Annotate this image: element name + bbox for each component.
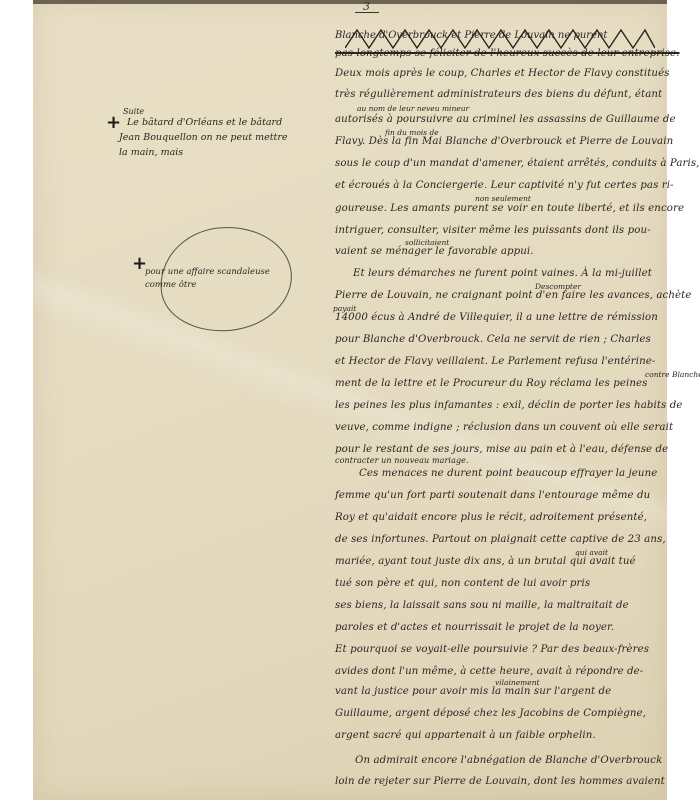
manuscript-line: pour Blanche d'Overbrouck. Cela ne servi… [335, 334, 695, 345]
manuscript-line: et écroués à la Conciergerie. Leur capti… [335, 180, 695, 191]
manuscript-line: Et pourquoi se voyait-elle poursuivie ? … [335, 644, 695, 655]
manuscript-line: et Hector de Flavy veillaient. Le Parlem… [335, 356, 695, 367]
manuscript-line: Roy et qu'aidait encore plus le récit, a… [335, 512, 695, 523]
manuscript-line: pour le restant de ses jours, mise au pa… [335, 444, 695, 455]
margin-note-2: pour une affaire scandaleuse comme ôtre [145, 266, 270, 292]
manuscript-line: vaient se ménager le favorable appui. [335, 246, 695, 257]
interlinear-insertion: au nom de leur neveu mineur [357, 104, 469, 113]
zigzag-strikethrough-icon [345, 28, 655, 50]
manuscript-line: mariée, ayant tout juste dix ans, à un b… [335, 556, 695, 567]
manuscript-line: paroles et d'actes et nourrissait le pro… [335, 622, 695, 633]
manuscript-line: Flavy. Dès la fin Mai Blanche d'Overbrou… [335, 136, 695, 147]
manuscript-line: Et leurs démarches ne furent point vaine… [353, 268, 700, 279]
manuscript-line: intriguer, consulter, visiter même les p… [335, 225, 695, 236]
manuscript-line: très régulièrement administrateurs des b… [335, 89, 695, 100]
manuscript-line: argent sacré qui appartenait à un faible… [335, 730, 695, 741]
manuscript-line: tué son père et qui, non content de lui … [335, 578, 695, 589]
manuscript-line: loin de rejeter sur Pierre de Louvain, d… [335, 776, 695, 787]
page-number-underline [355, 12, 379, 13]
manuscript-line: autorisés à poursuivre au criminel les a… [335, 114, 695, 125]
manuscript-line: On admirait encore l'abnégation de Blanc… [355, 755, 700, 766]
manuscript-line: Deux mois après le coup, Charles et Hect… [335, 68, 695, 79]
interlinear-insertion: non seulement [475, 194, 531, 203]
manuscript-line: goureuse. Les amants purent se voir en t… [335, 203, 695, 214]
manuscript-page: 3 + Suite Le bâtard d'Orléans et le bâta… [33, 0, 667, 800]
manuscript-line: de ses infortunes. Partout on plaignait … [335, 534, 695, 545]
manuscript-line: sous le coup d'un mandat d'amener, étaie… [335, 158, 695, 169]
manuscript-line: Ces menaces ne durent point beaucoup eff… [359, 468, 700, 479]
manuscript-line: avides dont l'un même, à cette heure, av… [335, 666, 695, 677]
manuscript-line: ses biens, la laissait sans sou ni maill… [335, 600, 695, 611]
manuscript-line: ment de la lettre et le Procureur du Roy… [335, 378, 695, 389]
manuscript-line: 14000 écus à André de Villequier, il a u… [335, 312, 695, 323]
manuscript-line: Guillaume, argent déposé chez les Jacobi… [335, 708, 695, 719]
manuscript-line: vant la justice pour avoir mis la main s… [335, 686, 695, 697]
manuscript-line: contracter un nouveau mariage. [335, 456, 695, 465]
manuscript-line: pas longtemps se féliciter de l'heureux … [335, 48, 695, 59]
margin-note-1: Suite Le bâtard d'Orléans et le bâtard J… [119, 104, 288, 160]
manuscript-line: Pierre de Louvain, ne craignant point d'… [335, 290, 695, 301]
manuscript-line: les peines les plus infamantes : exil, d… [335, 400, 695, 411]
manuscript-line: femme qu'un fort parti soutenait dans l'… [335, 490, 695, 501]
manuscript-line: veuve, comme indigne ; réclusion dans un… [335, 422, 695, 433]
